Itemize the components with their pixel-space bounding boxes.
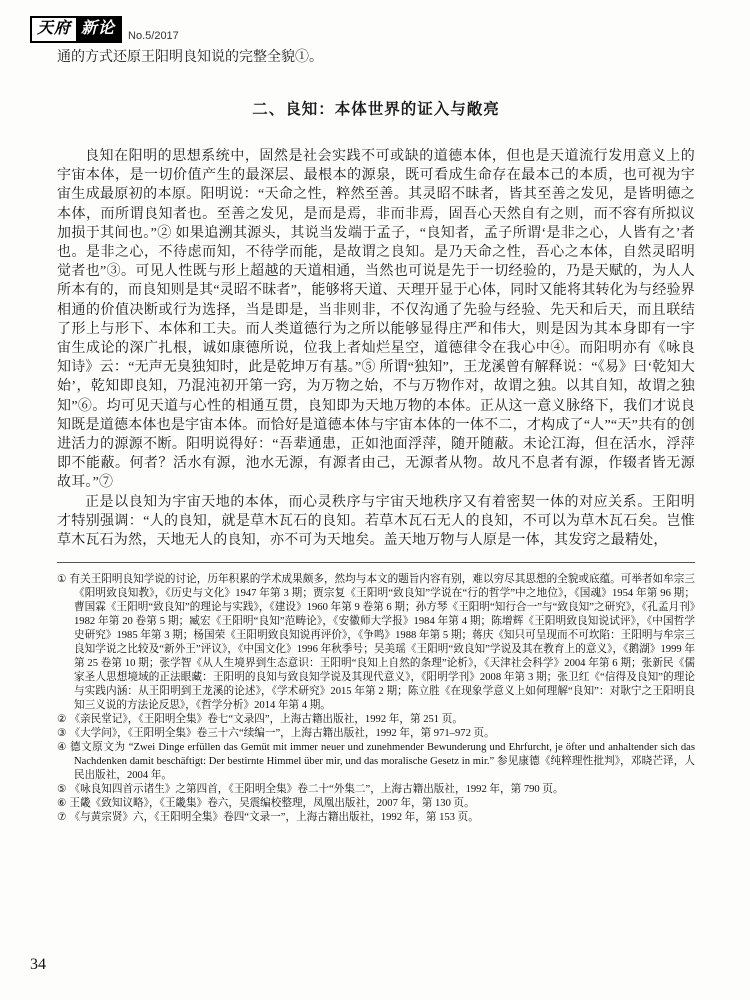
footnote-item: ①有关王阳明良知学说的讨论，历年积累的学术成果颇多，然均与本文的题旨内容有别，难… [57, 573, 695, 713]
footnote-text: 《亲民堂记》，《王阳明全集》卷七“文录四”，上海古籍出版社，1992 年，第 2… [70, 714, 463, 725]
footnote-marker: ① [57, 574, 67, 585]
footnote-text: 《与黄宗贤》六，《王阳明全集》卷四“文录一”，上海古籍出版社，1992 年，第 … [70, 812, 479, 823]
footnote-item: ⑦《与黄宗贤》六，《王阳明全集》卷四“文录一”，上海古籍出版社，1992 年，第… [57, 811, 695, 825]
footnote-text: 《咏良知四首示诸生》之第四首，《王阳明全集》卷二十“外集二”，上海古籍出版社，1… [70, 784, 564, 795]
journal-page: 天府 新论 No.5/2017 通的方式还原王阳明良知说的完整全貌①。 二、良知… [0, 0, 750, 1000]
body-paragraph-1: 良知在阳明的思想系统中，固然是社会实践不可或缺的道德本体，但也是天道流行发用意义… [57, 147, 695, 493]
footnote-marker: ⑤ [57, 784, 67, 795]
footnote-item: ④德文原文为 “Zwei Dinge erfüllen das Gemüt mi… [57, 741, 695, 783]
footnote-item: ⑤《咏良知四首示诸生》之第四首，《王阳明全集》卷二十“外集二”，上海古籍出版社，… [57, 783, 695, 797]
page-number: 34 [30, 956, 46, 974]
text-column: 通的方式还原王阳明良知说的完整全貌①。 二、良知：本体世界的证入与敞亮 良知在阳… [57, 48, 695, 825]
footnote-text: 有关王阳明良知学说的讨论，历年积累的学术成果颇多，然均与本文的题旨内容有别，难以… [70, 574, 696, 711]
footnotes-section: ①有关王阳明良知学说的讨论，历年积累的学术成果颇多，然均与本文的题旨内容有别，难… [57, 573, 695, 825]
footnote-marker: ③ [57, 728, 67, 739]
footnote-marker: ② [57, 714, 67, 725]
journal-issue-number: No.5/2017 [128, 30, 179, 43]
carryover-paragraph: 通的方式还原王阳明良知说的完整全貌①。 [57, 48, 695, 67]
footnote-item: ②《亲民堂记》，《王阳明全集》卷七“文录四”，上海古籍出版社，1992 年，第 … [57, 713, 695, 727]
footnote-text: 德文原文为 “Zwei Dinge erfüllen das Gemüt mit… [70, 742, 695, 781]
footnote-separator [57, 562, 695, 563]
footnote-item: ⑥王畿《致知议略》，《王畿集》卷六，吴震编校整理，凤凰出版社，2007 年，第 … [57, 797, 695, 811]
footnote-item: ③《大学问》，《王阳明全集》卷三十六“续编一”，上海古籍出版社，1992 年，第… [57, 727, 695, 741]
journal-header: 天府 新论 No.5/2017 [30, 16, 179, 43]
footnote-marker: ⑦ [57, 812, 67, 823]
footnote-marker: ⑥ [57, 798, 67, 809]
body-paragraph-2: 正是以良知为宇宙天地的本体，而心灵秩序与宇宙天地秩序又有着密契一体的对应关系。王… [57, 493, 695, 551]
footnote-text: 王畿《致知议略》，《王畿集》卷六，吴震编校整理，凤凰出版社，2007 年，第 1… [70, 798, 475, 809]
journal-logo-left: 天府 [32, 18, 76, 41]
footnote-text: 《大学问》，《王阳明全集》卷三十六“续编一”，上海古籍出版社，1992 年，第 … [70, 728, 495, 739]
journal-logo: 天府 新论 [30, 16, 122, 43]
footnote-marker: ④ [57, 742, 67, 753]
journal-logo-right: 新论 [76, 18, 120, 41]
section-heading: 二、良知：本体世界的证入与敞亮 [57, 97, 695, 119]
